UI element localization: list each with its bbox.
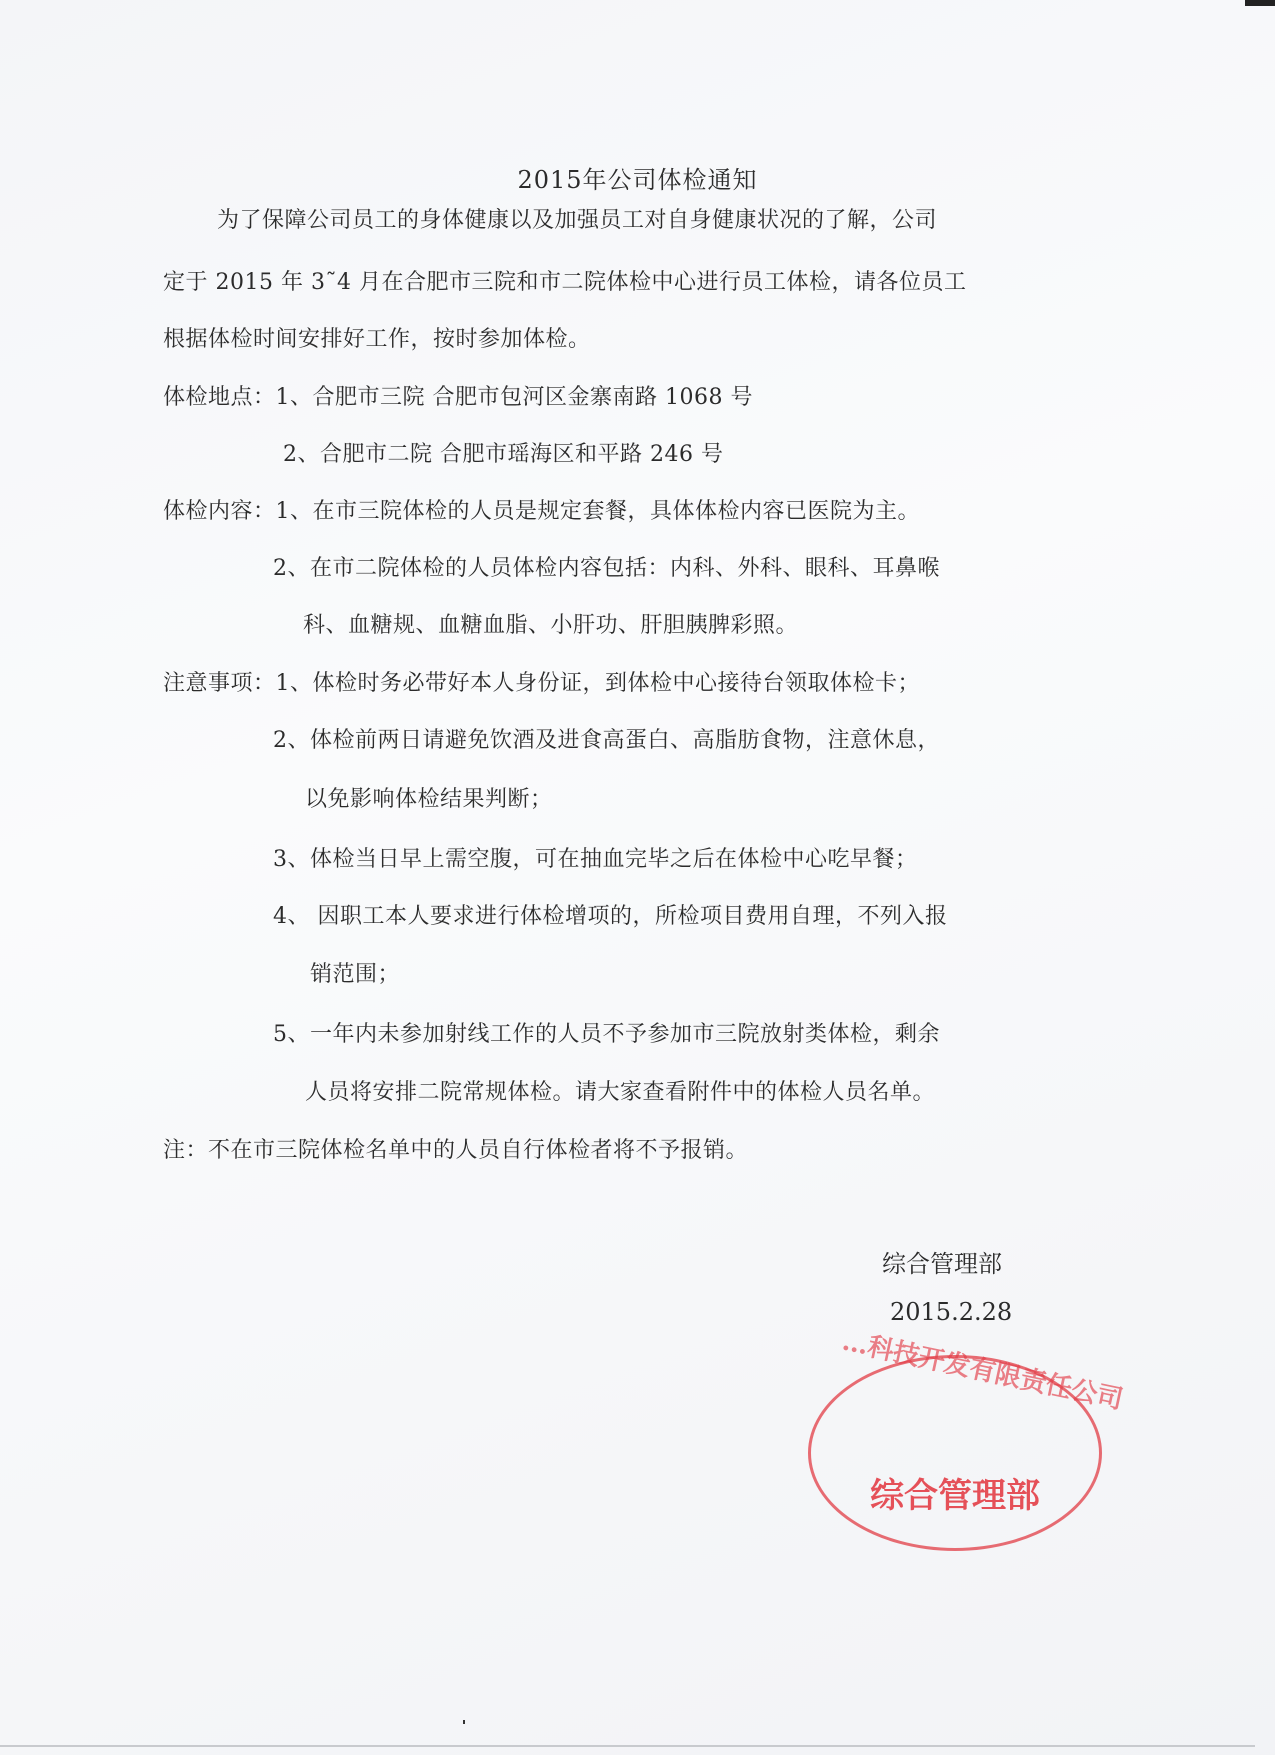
seal-department: 综合管理部 bbox=[870, 1468, 1040, 1517]
page-bottom-edge bbox=[0, 1745, 1255, 1747]
intro-line-3: 根据体检时间安排好工作，按时参加体检。 bbox=[163, 322, 591, 353]
note-item-continued: 销范围； bbox=[310, 957, 400, 988]
contents-item: 1、在市三院体检的人员是规定套餐，具体体检内容已医院为主。 bbox=[276, 499, 921, 524]
document-title: 2015年公司体检通知 bbox=[0, 160, 1275, 195]
scan-speck bbox=[463, 1720, 465, 1724]
signature-department: 综合管理部 bbox=[882, 1244, 1002, 1279]
scanned-page: 2015年公司体检通知 为了保障公司员工的身体健康以及加强员工对自身健康状况的了… bbox=[0, 0, 1275, 1755]
contents-item: 2、在市二院体检的人员体检内容包括：内科、外科、眼科、耳鼻喉 bbox=[273, 551, 940, 582]
note-item: 2、体检前两日请避免饮酒及进食高蛋白、高脂肪食物，注意休息， bbox=[273, 723, 940, 754]
remark: 注：不在市三院体检名单中的人员自行体检者将不予报销。 bbox=[163, 1133, 748, 1164]
intro-line-2: 定于 2015 年 3˜4 月在合肥市三院和市二院体检中心进行员工体检，请各位员… bbox=[163, 265, 966, 296]
note-item-continued: 人员将安排二院常规体检。请大家查看附件中的体检人员名单。 bbox=[305, 1075, 935, 1106]
contents-label: 体检内容： bbox=[163, 499, 276, 524]
locations-section: 体检地点：1、合肥市三院 合肥市包河区金寨南路 1068 号 bbox=[163, 380, 753, 411]
location-item: 2、合肥市二院 合肥市瑶海区和平路 246 号 bbox=[283, 437, 723, 468]
scan-corner-mark bbox=[1245, 0, 1275, 6]
contents-section: 体检内容：1、在市三院体检的人员是规定套餐，具体体检内容已医院为主。 bbox=[163, 494, 920, 525]
contents-item-continued: 科、血糖规、血糖血脂、小肝功、肝胆胰脾彩照。 bbox=[303, 608, 798, 639]
intro-line-1: 为了保障公司员工的身体健康以及加强员工对自身健康状况的了解，公司 bbox=[217, 203, 937, 234]
notes-label: 注意事项： bbox=[163, 671, 276, 696]
note-item-continued: 以免影响体检结果判断； bbox=[305, 782, 553, 813]
note-item: 4、 因职工本人要求进行体检增项的，所检项目费用自理，不列入报 bbox=[273, 899, 948, 930]
note-item: 3、体检当日早上需空腹，可在抽血完毕之后在体检中心吃早餐； bbox=[273, 842, 918, 873]
location-item: 1、合肥市三院 合肥市包河区金寨南路 1068 号 bbox=[276, 385, 753, 410]
locations-label: 体检地点： bbox=[163, 385, 276, 410]
note-item: 1、体检时务必带好本人身份证，到体检中心接待台领取体检卡； bbox=[276, 671, 921, 696]
note-item: 5、一年内未参加射线工作的人员不予参加市三院放射类体检，剩余 bbox=[273, 1017, 940, 1048]
signature-date: 2015.2.28 bbox=[890, 1298, 1012, 1326]
notes-section: 注意事项：1、体检时务必带好本人身份证，到体检中心接待台领取体检卡； bbox=[163, 666, 920, 697]
